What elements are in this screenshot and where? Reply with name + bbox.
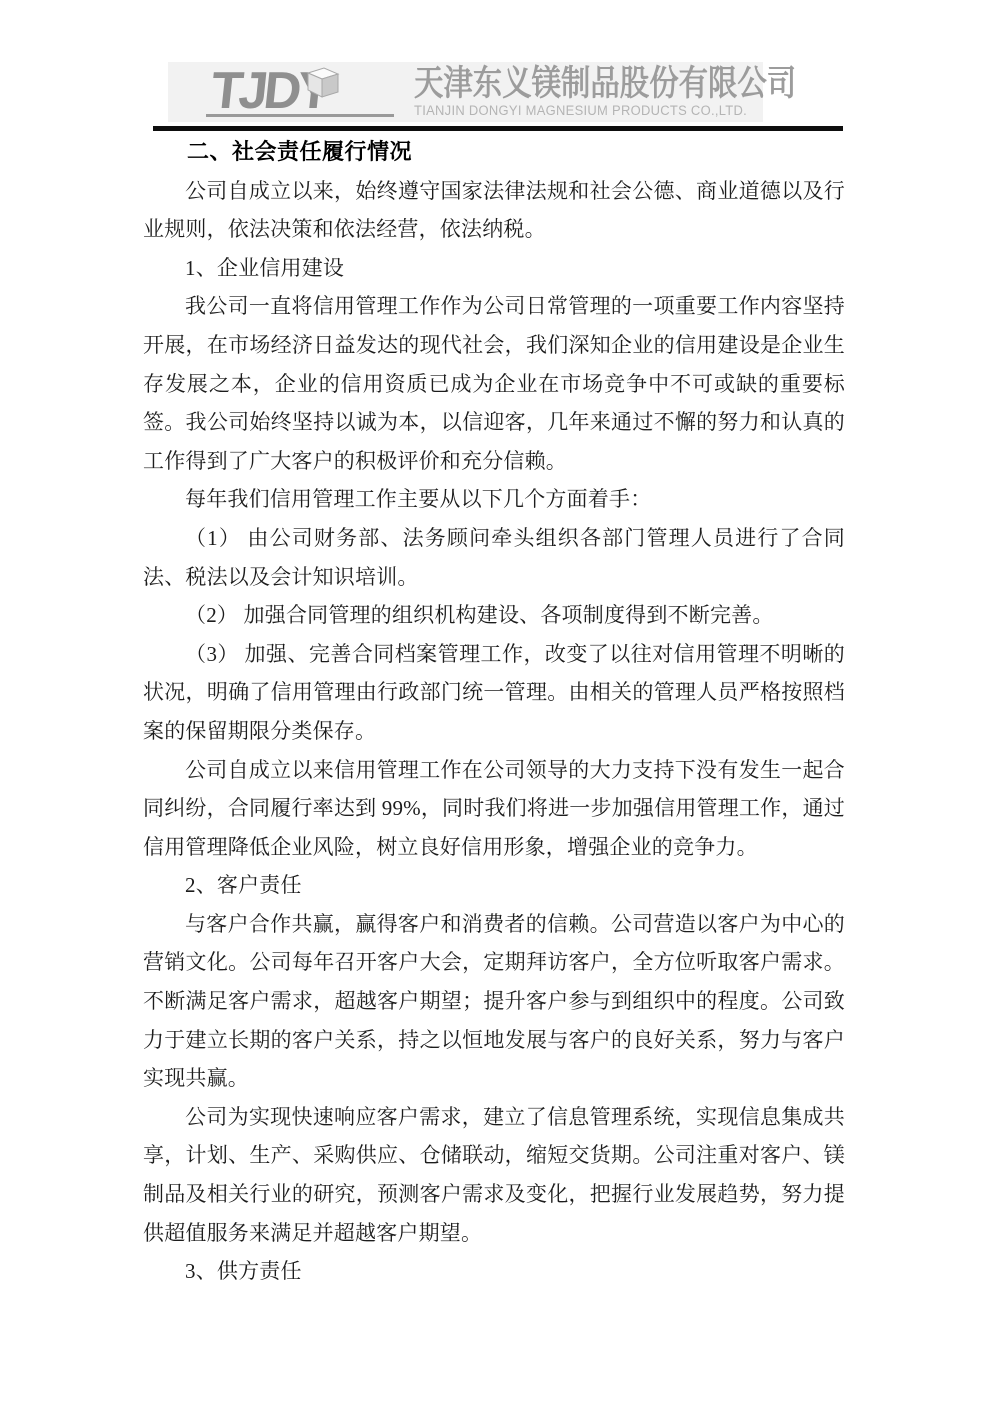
section-subheading: 2、客户责任: [143, 866, 845, 905]
paragraph: 公司为实现快速响应客户需求，建立了信息管理系统，实现信息集成共享，计划、生产、采…: [143, 1098, 845, 1252]
paragraph: （1） 由公司财务部、法务顾问牵头组织各部门管理人员进行了合同法、税法以及会计知…: [143, 519, 845, 596]
company-name-en: TIANJIN DONGYI MAGNESIUM PRODUCTS CO.,LT…: [414, 103, 851, 118]
paragraph: 公司自成立以来信用管理工作在公司领导的大力支持下没有发生一起合同纠纷，合同履行率…: [143, 751, 845, 867]
section-heading: 二、社会责任履行情况: [143, 133, 845, 172]
company-names: 天津东义镁制品股份有限公司 TIANJIN DONGYI MAGNESIUM P…: [414, 66, 869, 119]
company-logo: TJDY 天津东义镁制品股份有限公司 TIANJIN DONGYI MAGNES…: [168, 62, 763, 122]
section-subheading: 1、企业信用建设: [143, 249, 845, 288]
paragraph: 每年我们信用管理工作主要从以下几个方面着手：: [143, 480, 845, 519]
paragraph-list: 公司自成立以来，始终遵守国家法律法规和社会公德、商业道德以及行业规则，依法决策和…: [143, 172, 845, 1291]
section-subheading: 3、供方责任: [143, 1252, 845, 1291]
company-name-zh: 天津东义镁制品股份有限公司: [414, 66, 796, 103]
document-body: 二、社会责任履行情况 公司自成立以来，始终遵守国家法律法规和社会公德、商业道德以…: [143, 133, 845, 1291]
tjdy-logo-icon: TJDY: [196, 65, 408, 119]
document-page: TJDY 天津东义镁制品股份有限公司 TIANJIN DONGYI MAGNES…: [0, 0, 993, 1404]
paragraph: （2） 加强合同管理的组织机构建设、各项制度得到不断完善。: [143, 596, 845, 635]
paragraph: （3） 加强、完善合同档案管理工作，改变了以往对信用管理不明晰的状况，明确了信用…: [143, 635, 845, 751]
paragraph: 与客户合作共赢，赢得客户和消费者的信赖。公司营造以客户为中心的营销文化。公司每年…: [143, 905, 845, 1098]
paragraph: 我公司一直将信用管理工作作为公司日常管理的一项重要工作内容坚持开展，在市场经济日…: [143, 287, 845, 480]
header-divider: [153, 126, 843, 131]
paragraph: 公司自成立以来，始终遵守国家法律法规和社会公德、商业道德以及行业规则，依法决策和…: [143, 172, 845, 249]
